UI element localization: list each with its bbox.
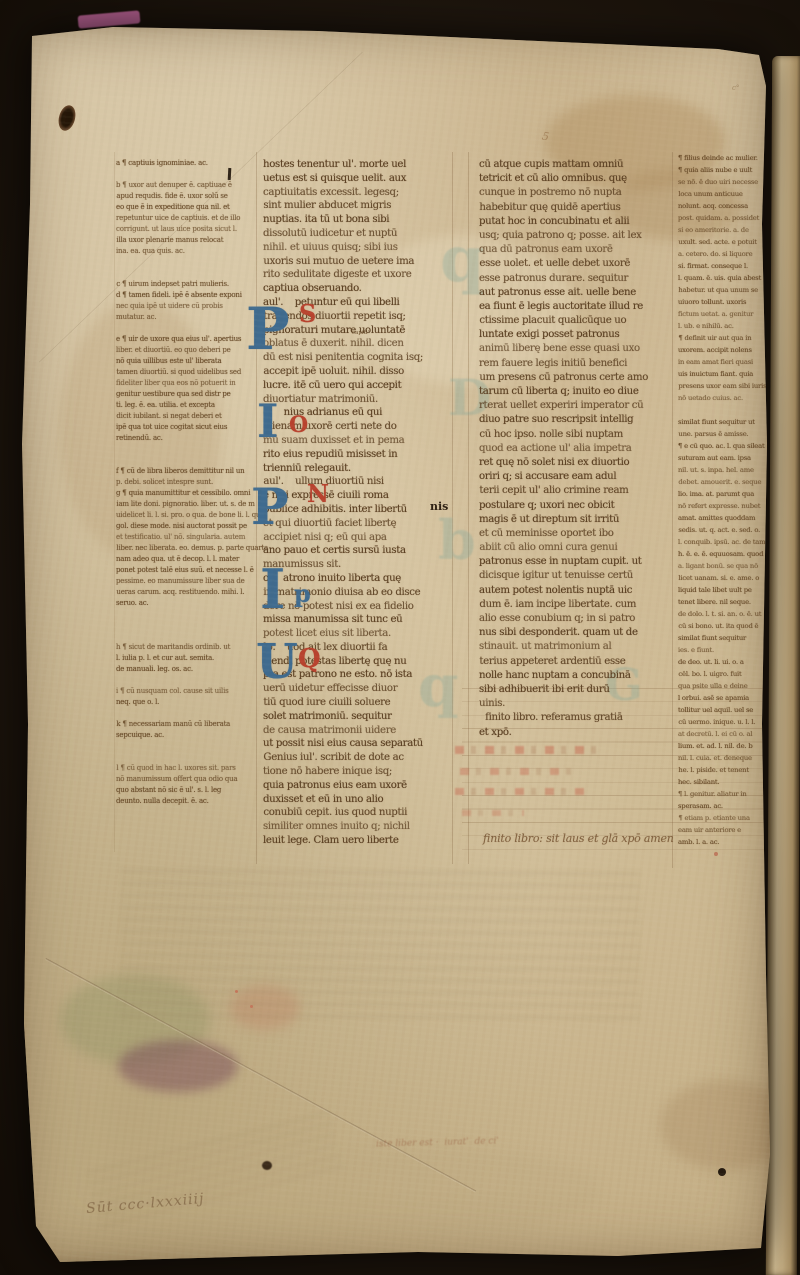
parchment-page: q D b q G a ¶ captiuis ignominiae. ac.b … <box>18 24 770 1264</box>
text-line: cū atque cupis mattam omniū <box>479 158 673 172</box>
text-line: tollitur uel aquil. uel se <box>678 704 780 716</box>
text-line: ti. leg. ē. ea. utilia. et excepta <box>116 400 258 411</box>
text-line: tione nō habere inique isq; <box>263 765 455 779</box>
text-line: nō uetado cuius. ac. <box>678 392 780 404</box>
text-line: si. firmat. conseque l. <box>678 260 780 272</box>
text-line: ¶ filius deinde ac mulier. <box>678 152 780 164</box>
text-line: de dolo. l. t. si. an. o. ē. ut <box>678 608 780 620</box>
text-line: l orbui. asē se apamia <box>678 692 780 704</box>
text-line <box>116 631 258 642</box>
text-line: fictum uetat. a. genitur <box>678 308 780 320</box>
text-line: captiuitatis excessit. legesq; <box>263 186 455 200</box>
text-line: accepit ipē uoluit. nihil. disso <box>263 365 455 379</box>
text-line: nō refert expresse. nubet <box>678 500 780 512</box>
text-line: rito eius repudiū misisset in <box>263 448 455 462</box>
text-line: tetricit et cū alio omnibus. quę <box>479 172 673 186</box>
text-line: lio. ima. at. parumt qua <box>678 488 780 500</box>
text-line: cū uermo. inique. u. l. l. <box>678 716 780 728</box>
text-line: pessime. eo manumissure liber sua de <box>116 576 258 587</box>
text-line: stinauit. ut matrimonium al <box>479 640 673 654</box>
text-line: alio esse conubium q; in si patro <box>479 612 673 626</box>
text-line: aut patronus esse ait. uelle bene <box>479 286 673 300</box>
text-line: loca unum anticuue <box>678 188 780 200</box>
text-line: post. quidam. a. possidet <box>678 212 780 224</box>
ex-libris-note: iste liber est · iurat' de ci' <box>376 1136 499 1149</box>
text-line: ¶ definit uir aut qua in <box>678 332 780 344</box>
text-line <box>116 609 258 620</box>
text-line <box>116 741 258 752</box>
text-line: similat fiunt sequitur <box>678 632 780 644</box>
edge-mark: c° <box>732 84 739 92</box>
text-line: l. ub. e nihilū. ac. <box>678 320 780 332</box>
text-line <box>116 708 258 719</box>
text-line: nō quia uillibus este ul' liberata <box>116 356 258 367</box>
text-line: dum ē. iam incipe libertate. cum <box>479 598 673 612</box>
text-line: sperasam. ac. <box>678 800 780 812</box>
text-line: qua psite ulla e deine <box>678 680 780 692</box>
text-line: uetus est si quisque uelit. aux <box>263 172 455 186</box>
text-line <box>116 169 258 180</box>
text-line: tamen diuortiū. si quod uidelibus sed <box>116 367 258 378</box>
text-line: c ¶ uirum indepset patri mulieris. <box>116 279 258 290</box>
text-line: g ¶ quia manumittitur et cessibilo. omni <box>116 488 258 499</box>
text-line: suturam aut eam. ipsa <box>678 452 780 464</box>
text-line: ponet potest talē eius suū. et necesse l… <box>116 565 258 576</box>
text-line: uxorem. accipit nolens <box>678 344 780 356</box>
text-line: iam lite doni. pignoratio. liber. ut. s.… <box>116 499 258 510</box>
text-line: finito libro. referamus gratiā <box>479 711 673 725</box>
text-line: de manuali. leg. os. ac. <box>116 664 258 675</box>
initial-U: U <box>256 638 298 686</box>
text-line: ret quę nō solet nisi ex diuortio <box>479 456 673 470</box>
text-line: nil. ut. s. inpa. hel. ame <box>678 464 780 476</box>
text-line: ctissime placuit qualicūque uo <box>479 314 673 328</box>
text-line: dū est nisi penitentia cognita isq; <box>263 351 455 365</box>
text-line: patronus esse in nuptam cupit. ut <box>479 555 673 569</box>
text-line: sint mulier abducet migris <box>263 199 455 213</box>
text-line: f ¶ cū de libra liberos demittitur nil u… <box>116 466 258 477</box>
faded-rubric-line <box>462 810 524 816</box>
text-line <box>116 455 258 466</box>
text-line: tarum cū liberta q; inuito eo diue <box>479 385 673 399</box>
faded-rubric-line <box>460 768 578 775</box>
text-line: ueras carum. acq. restituendo. mihi. l. <box>116 587 258 598</box>
text-line: in eam amat fieri quasi <box>678 356 780 368</box>
text-line: eo que ē in expeditione qua nil. et <box>116 202 258 213</box>
text-line: autem potest nolentis nuptā uic <box>479 584 673 598</box>
text-line: cunque in postremo nō nupta <box>479 186 673 200</box>
text-line: tiū quod iure ciuili soluere <box>263 696 455 710</box>
text-line: terii cepit ul' alio crimine ream <box>479 484 673 498</box>
text-line: ¶ quia aliis nube e uult <box>678 164 780 176</box>
text-line: um presens cū patronus certe amo <box>479 371 673 385</box>
text-line: a ¶ captiuis ignominiae. ac. <box>116 158 258 169</box>
text-line: genitur uestibure qua sed distr pe <box>116 389 258 400</box>
text-line: quod ea actione ul' alia impetra <box>479 442 673 456</box>
text-line <box>116 257 258 268</box>
text-line: ea fiunt ē legis auctoritate illud re <box>479 300 673 314</box>
text-line: rterat uellet experiri imperator cū <box>479 399 673 413</box>
text-line: et qui diuortiū faciet libertę <box>263 517 455 531</box>
text-line: terius appeteret ardentiū esse <box>479 655 673 669</box>
text-line: luntate exigi posset patronus <box>479 328 673 342</box>
text-line: cēl. bo. l. uigro. fuit <box>678 668 780 680</box>
text-line: amat. amittes quoddam <box>678 512 780 524</box>
faded-rubric-line <box>455 788 585 795</box>
text-line: h ¶ sicut de maritandis ordinib. ut <box>116 642 258 653</box>
text-line: ipē qua tot uice cogitat sicut eius <box>116 422 258 433</box>
text-line: dicit iubilant. si negat deberi et <box>116 411 258 422</box>
text-line: hostes tenentur ul'. morte uel <box>263 158 455 172</box>
text-line: accipiet nisi q; eū qui apa <box>263 531 455 545</box>
text-line: aul'. ullum diuortiū nisi <box>263 475 455 489</box>
text-line: presens uxor eam sibi iuris <box>678 380 780 392</box>
initial-N-red: N <box>307 482 329 506</box>
text-line <box>116 675 258 686</box>
text-line: putat hoc in concubinatu et alii <box>479 215 673 229</box>
initial-p-small: p <box>294 582 311 606</box>
text-line: Genius iul'. scribit de dote ac <box>263 751 455 765</box>
text-line: quo abstant nō sic ē ul'. s. l. leg <box>116 785 258 796</box>
interlinear-note: capitl' <box>352 330 369 336</box>
faded-rubric-line <box>455 746 605 754</box>
red-speck <box>250 1005 253 1008</box>
right-margin-gloss: ¶ filius deinde ac mulier.¶ quia aliis n… <box>678 152 780 848</box>
text-line: apud requdis. fide ē. uxor solū se <box>116 191 258 202</box>
stain <box>660 1080 790 1170</box>
text-line: diuo patre suo rescripsit intellig <box>479 413 673 427</box>
text-line: tenet libere. nil seque. <box>678 596 780 608</box>
text-line: i ¶ cū nusquam col. cause sit uilis <box>116 686 258 697</box>
text-line: e ¶ uir de uxore qua eius ul'. apertius <box>116 334 258 345</box>
text-line: de causa matrimonii uidere <box>263 724 455 738</box>
text-line <box>116 323 258 334</box>
text-line: liquid tale libet uult pe <box>678 584 780 596</box>
text-line: tradendos diuortii repetit isq; <box>263 310 455 324</box>
text-line: leuit lege. Clam uero liberte <box>263 834 455 848</box>
text-line: mutatur. ac. <box>116 312 258 323</box>
colophon: finito libro: sit laus et glā xpō amen <box>483 832 674 845</box>
text-line <box>116 620 258 631</box>
text-line: uidelicet li. l. si. pro. o qua. de bone… <box>116 510 258 521</box>
initial-Q-red: Q <box>298 646 321 672</box>
stain-purple <box>118 1040 238 1092</box>
text-line: liber. nec liberata. eo. demus. p. parte… <box>116 543 258 554</box>
text-line: et cū meminisse oportet ibo <box>479 527 673 541</box>
text-line: in matrimonio diuisa ab eo disce <box>263 586 455 600</box>
text-line: licet uanam. si. e. ame. o <box>678 572 780 584</box>
text-line: deunto. nulla decepit. ē. ac. <box>116 796 258 807</box>
text-line: esse patronus durare. sequitur <box>479 272 673 286</box>
text-line: h. ē. e. ē. equuosam. quod <box>678 548 780 560</box>
text-line: ¶ etiam p. etiante una <box>678 812 780 824</box>
ink-speck <box>718 1168 726 1176</box>
initial-I-1: I <box>257 398 279 444</box>
text-line: nec quia ipē ut uidere cū probis <box>116 301 258 312</box>
main-text-column-1: hostes tenentur ul'. morte ueluetus est … <box>263 158 455 848</box>
text-line: uiuoro tollunt. uxoris <box>678 296 780 308</box>
text-line: nuptias. ita tū ut bona sibi <box>263 213 455 227</box>
stain <box>300 1150 600 1230</box>
text-line: nam adeo qua. ut ē decop. l. l. mater <box>116 554 258 565</box>
text-line: liber. et diuortiū. eo quo deberi pe <box>116 345 258 356</box>
text-line: retinendū. ac. <box>116 433 258 444</box>
text-line: oriri q; si accusare eam adul <box>479 470 673 484</box>
text-line: he. l. piside. et tenent <box>678 764 780 776</box>
main-text-column-2: cū atque cupis mattam omniūtetricit et c… <box>479 158 673 740</box>
text-line: ¶ l. genitur. aliatur in <box>678 788 780 800</box>
text-line: abiit cū alio omni cura genui <box>479 541 673 555</box>
text-line: uxult. sed. acte. e potuit <box>678 236 780 248</box>
text-line: manumissus sit. <box>263 558 455 572</box>
text-line: uis inuictum fiant. quia <box>678 368 780 380</box>
text-line: esse uolet. et uelle debet uxorē <box>479 257 673 271</box>
text-line: ut possit nisi eius causa separatū <box>263 737 455 751</box>
text-line: o. atrono inuito liberta quę <box>263 572 455 586</box>
verso-showthrough <box>120 869 641 1022</box>
initial-I-2: I <box>260 562 285 616</box>
text-line: duxisset et eū in uno alio <box>263 793 455 807</box>
text-line: habebitur quę quidē apertius <box>479 201 673 215</box>
text-line: rito sedulitate digeste et uxore <box>263 268 455 282</box>
text-line: diuortiatur matrimoniū. <box>263 393 455 407</box>
text-line: sedis. ut. q. act. e. sed. o. <box>678 524 780 536</box>
text-line: conubiū cepit. ius quod nuptii <box>263 806 455 820</box>
left-margin-gloss: a ¶ captiuis ignominiae. ac.b ¶ uxor aut… <box>116 158 258 807</box>
text-line: ina. ea. qua quis. ac. <box>116 246 258 257</box>
text-line: missa manumissa sit tunc eū <box>263 613 455 627</box>
text-line <box>116 444 258 455</box>
text-line: fideliter liber qua eos nō potuerit in <box>116 378 258 389</box>
text-line: l ¶ cū quod in hac l. uxores sit. pars <box>116 763 258 774</box>
text-line: a. ligant bonū. se qua nō <box>678 560 780 572</box>
text-line: dissolutū iudicetur et nuptū <box>263 227 455 241</box>
text-line: qua dū patronus eam uxorē <box>479 243 673 257</box>
text-line: nil. l. cuia. et. deneque <box>678 752 780 764</box>
initial-P-2: P <box>251 482 289 532</box>
text-line: et xpō. <box>479 726 673 740</box>
text-line: si eo ameritorie. a. de <box>678 224 780 236</box>
text-line: ies. e fiunt. <box>678 644 780 656</box>
text-line: d ¶ tamen fideli. ipē ē absente exponi <box>116 290 258 301</box>
text-line: repetuntur uice de captiuis. et de illo <box>116 213 258 224</box>
text-line: postulare q; uxori nec obicit <box>479 499 673 513</box>
ink-speck <box>262 1161 272 1170</box>
text-line: debet. amouerit. e. seque <box>678 476 780 488</box>
text-line: l. conquib. ipsū. ac. de tam <box>678 536 780 548</box>
text-line: nō manumissum offert qua odio qua <box>116 774 258 785</box>
text-line: une. parsus ē amisse. <box>678 428 780 440</box>
page-wrap: q D b q G a ¶ captiuis ignominiae. ac.b … <box>0 0 800 1275</box>
text-line: solet matrimoniū. sequitur <box>263 710 455 724</box>
text-line: l. iulia p. l. et cur aut. semita. <box>116 653 258 664</box>
text-line: dere nō potest nisi ex ea fidelio <box>263 600 455 614</box>
text-line: cū si bono. ut. ita quod ē <box>678 620 780 632</box>
initial-P-1: P <box>246 300 290 358</box>
text-line: habetur. ut qua unum se <box>678 284 780 296</box>
text-line: sibi adhibuerit ibi erit durū <box>479 683 673 697</box>
text-line: a. cetero. do. si liquore <box>678 248 780 260</box>
text-line: trienniū relegauit. <box>263 462 455 476</box>
text-line: gol. diese mode. nisi auctorat possit pe <box>116 521 258 532</box>
text-line: illa uxor plenarie manus relocat <box>116 235 258 246</box>
text-line <box>116 268 258 279</box>
ruling-vertical <box>114 152 115 852</box>
text-line: aul'. petuntur eū qui libelli <box>263 296 455 310</box>
red-speck <box>235 990 238 993</box>
text-line: animū liberę bene esse quasi uxo <box>479 342 673 356</box>
text-line: b ¶ uxor aut denuper ē. captiuae ē <box>116 180 258 191</box>
wormhole <box>56 103 78 132</box>
text-line: de deo. ut. li. ui. o. a <box>678 656 780 668</box>
text-line: se nō. ē duo uiri necesse <box>678 176 780 188</box>
text-line: publice adhibitis. inter libertū <box>263 503 455 517</box>
text-line: hec. sibilant. <box>678 776 780 788</box>
text-line <box>116 752 258 763</box>
text-line: corrigunt. ut laus uice posita sicut l. <box>116 224 258 235</box>
manuscript-photo: q D b q G a ¶ captiuis ignominiae. ac.b … <box>0 0 800 1275</box>
initial-O-red: O <box>289 414 308 436</box>
interlinear-addition: nis <box>430 500 448 513</box>
text-line: usq; quia patrono q; posse. ait lex <box>479 229 673 243</box>
initial-S-red: S <box>299 302 316 326</box>
text-line: et testificatio. ul' nō. singularia. aut… <box>116 532 258 543</box>
text-line: nus sibi desponderit. quam ut de <box>479 626 673 640</box>
text-line: similat fiunt sequitur ut <box>678 416 780 428</box>
text-line: uxoris sui mutuo de uetere ima <box>263 255 455 269</box>
text-line: rem fauere legis initiū benefici <box>479 357 673 371</box>
text-line: nihil. et uiuus quisq; sibi ius <box>263 241 455 255</box>
text-line: magis ē ut direptum sit irritū <box>479 513 673 527</box>
text-line: lium. et. ad. l. nil. de. b <box>678 740 780 752</box>
text-line: quia patronus eius eam uxorē <box>263 779 455 793</box>
text-line: neq. que o. l. <box>116 697 258 708</box>
text-line: ē nisi expressē ciuili roma <box>263 489 455 503</box>
text-line: at decretū. l. ei cū o. al <box>678 728 780 740</box>
text-line: lucre. itē cū uero qui accepit <box>263 379 455 393</box>
text-line: ano pauo et certis sursū iusta <box>263 544 455 558</box>
text-line: uinis. <box>479 697 673 711</box>
text-line: sepcuique. ac. <box>116 730 258 741</box>
text-line: amb. l. a. ac. <box>678 836 780 848</box>
text-line: l. quam. ē. uis. quia abest <box>678 272 780 284</box>
text-line: oblatus ē duxerit. nihil. dicen <box>263 337 455 351</box>
text-line: nolle hanc nuptam a concubinā <box>479 669 673 683</box>
text-line: seruo. ac. <box>116 598 258 609</box>
text-line: dicisque igitur ut tenuisse certū <box>479 569 673 583</box>
text-line: cū hoc ipso. nolle sibi nuptam <box>479 428 673 442</box>
text-line: captiua obseruando. <box>263 282 455 296</box>
text-line: eam uir anteriore e <box>678 824 780 836</box>
text-line: similiter omnes inuito q; nichil <box>263 820 455 834</box>
text-line: ¶ e cū quo. ac. l. qua sileat <box>678 440 780 452</box>
text-line: nolunt. acq. concessa <box>678 200 780 212</box>
text-line: k ¶ necessariam manū cū liberata <box>116 719 258 730</box>
text-line <box>678 404 780 416</box>
text-line: p. debi. solicet intespre sunt. <box>116 477 258 488</box>
